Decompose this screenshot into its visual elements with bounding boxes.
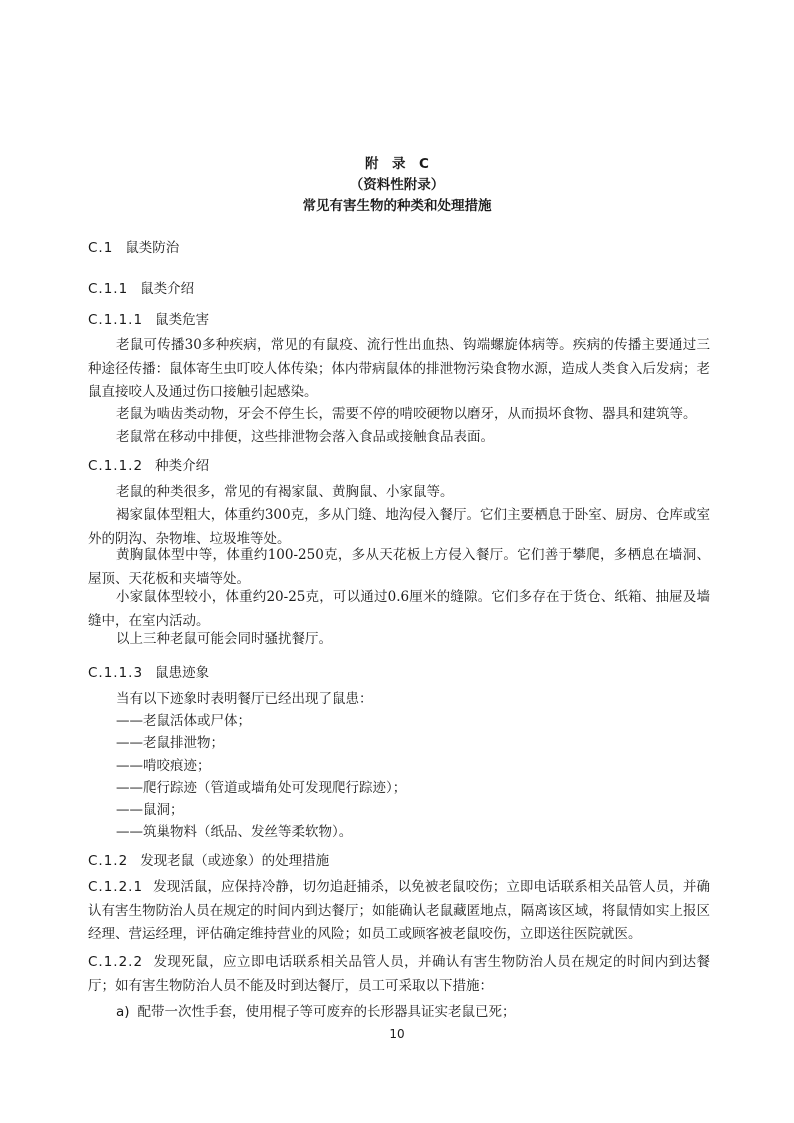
clause-number: C.1.2.2 bbox=[88, 954, 143, 970]
list-intro: 当有以下迹象时表明餐厅已经出现了鼠患： bbox=[116, 688, 406, 710]
paragraph-c1-2-2: C.1.2.2发现死鼠，应立即电话联系相关品管人员，并确认有害生物防治人员在规定… bbox=[88, 951, 710, 998]
heading-number: C.1 bbox=[88, 240, 113, 256]
step-text: 配带一次性手套，使用棍子等可废弃的长形器具证实老鼠已死； bbox=[138, 1004, 516, 1020]
list-item: a)配带一次性手套，使用棍子等可废弃的长形器具证实老鼠已死； bbox=[116, 1001, 516, 1023]
paragraph: 以上三种老鼠可能会同时骚扰餐厅。 bbox=[88, 628, 710, 652]
heading-c1-1-2: C.1.1.2种类介绍 bbox=[88, 454, 209, 474]
clause-text: 发现活鼠，应保持冷静，切勿追赶捕杀，以免被老鼠咬伤；立即电话联系相关品管人员，并… bbox=[88, 879, 710, 942]
paragraph: 小家鼠体型较小，体重约20-25克，可以通过0.6厘米的缝隙。它们多存在于货仓、… bbox=[88, 586, 710, 633]
list-item: ——爬行踪迹（管道或墙角处可发现爬行踪迹）； bbox=[116, 777, 406, 799]
heading-number: C.1.1.3 bbox=[88, 665, 143, 681]
heading-text: 鼠患迹象 bbox=[155, 665, 209, 681]
paragraph-c1-2-1: C.1.2.1发现活鼠，应保持冷静，切勿追赶捕杀，以免被老鼠咬伤；立即电话联系相… bbox=[88, 876, 710, 947]
list-item: ——筑巢物料（纸品、发丝等柔软物）。 bbox=[116, 821, 406, 843]
heading-c1-1-1: C.1.1.1鼠类危害 bbox=[88, 308, 209, 328]
heading-number: C.1.1 bbox=[88, 281, 128, 297]
heading-text: 鼠类防治 bbox=[125, 240, 179, 256]
list-item: ——老鼠排泄物； bbox=[116, 732, 406, 754]
list-item: ——啃咬痕迹； bbox=[116, 755, 406, 777]
steps-list: a)配带一次性手套，使用棍子等可废弃的长形器具证实老鼠已死； bbox=[116, 1001, 516, 1023]
appendix-label: 附 录 C bbox=[0, 152, 794, 172]
heading-number: C.1.2 bbox=[88, 853, 128, 869]
step-marker: a) bbox=[116, 1004, 130, 1020]
heading-number: C.1.1.1 bbox=[88, 312, 143, 328]
signs-list: 当有以下迹象时表明餐厅已经出现了鼠患： ——老鼠活体或尸体； ——老鼠排泄物； … bbox=[116, 688, 406, 843]
heading-c1-1: C.1.1鼠类介绍 bbox=[88, 277, 194, 297]
clause-text: 发现死鼠，应立即电话联系相关品管人员，并确认有害生物防治人员在规定的时间内到达餐… bbox=[88, 954, 710, 994]
list-item: ——老鼠活体或尸体； bbox=[116, 710, 406, 732]
paragraph: 老鼠常在移动中排便，这些排泄物会落入食品或接触食品表面。 bbox=[88, 426, 710, 450]
paragraph: 老鼠可传播30多种疾病，常见的有鼠疫、流行性出血热、钩端螺旋体病等。疾病的传播主… bbox=[88, 334, 710, 405]
heading-c1: C.1鼠类防治 bbox=[88, 236, 179, 256]
heading-c1-2: C.1.2发现老鼠（或迹象）的处理措施 bbox=[88, 849, 329, 869]
list-item: ——鼠洞； bbox=[116, 799, 406, 821]
appendix-type: （资料性附录） bbox=[0, 173, 794, 193]
heading-text: 鼠类危害 bbox=[155, 312, 209, 328]
heading-text: 鼠类介绍 bbox=[140, 281, 194, 297]
heading-text: 种类介绍 bbox=[155, 458, 209, 474]
paragraph: 老鼠为啮齿类动物，牙会不停生长，需要不停的啃咬硬物以磨牙，从而损坏食物、器具和建… bbox=[88, 403, 710, 427]
clause-number: C.1.2.1 bbox=[88, 879, 143, 895]
paragraph: 黄胸鼠体型中等，体重约100-250克，多从天花板上方侵入餐厅。它们善于攀爬，多… bbox=[88, 544, 710, 591]
page-number: 10 bbox=[0, 1027, 794, 1041]
heading-number: C.1.1.2 bbox=[88, 458, 143, 474]
paragraph: 老鼠的种类很多，常见的有褐家鼠、黄胸鼠、小家鼠等。 bbox=[88, 481, 710, 505]
heading-c1-1-3: C.1.1.3鼠患迹象 bbox=[88, 661, 209, 681]
page-title: 常见有害生物的种类和处理措施 bbox=[0, 194, 794, 214]
heading-text: 发现老鼠（或迹象）的处理措施 bbox=[140, 853, 329, 869]
